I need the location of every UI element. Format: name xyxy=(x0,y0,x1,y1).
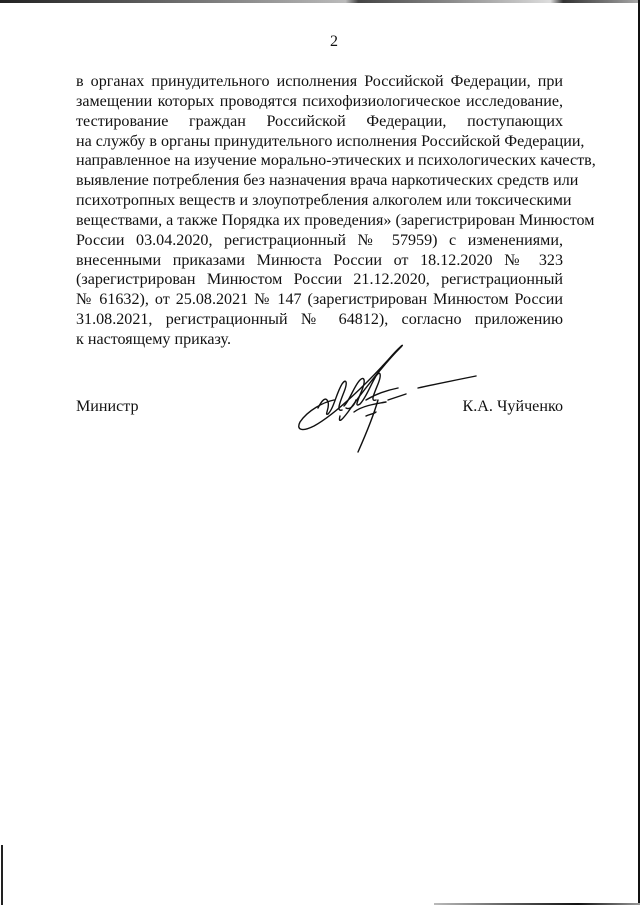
text-line: тестирование граждан Российской Федераци… xyxy=(76,112,563,132)
text-line: выявление потребления без назначения вра… xyxy=(76,171,563,191)
handwritten-signature-icon xyxy=(296,342,478,454)
body-paragraph: в органах принудительного исполнения Рос… xyxy=(76,72,563,350)
text-line: (зарегистрирован Минюстом России 21.12.2… xyxy=(76,270,563,290)
text-line: 31.08.2021, регистрационный № 64812), со… xyxy=(76,310,563,330)
position-title: Министр xyxy=(76,398,139,416)
text-line: замещении которых проводятся психофизиол… xyxy=(76,92,563,112)
text-line: внесенными приказами Минюста России от 1… xyxy=(76,251,563,271)
text-line: в органах принудительного исполнения Рос… xyxy=(76,72,563,92)
text-line: направленное на изучение морально-этичес… xyxy=(76,151,563,171)
text-line: на службу в органы принудительного испол… xyxy=(76,132,563,152)
page-number: 2 xyxy=(0,33,640,51)
text-line: России 03.04.2020, регистрационный № 579… xyxy=(76,231,563,251)
scan-edge-left xyxy=(1,845,3,905)
text-line: веществами, а также Порядка их проведени… xyxy=(76,211,563,231)
text-line: психотропных веществ и злоупотребления а… xyxy=(76,191,563,211)
text-line: № 61632), от 25.08.2021 № 147 (зарегистр… xyxy=(76,290,563,310)
scan-edge-top xyxy=(0,0,640,3)
